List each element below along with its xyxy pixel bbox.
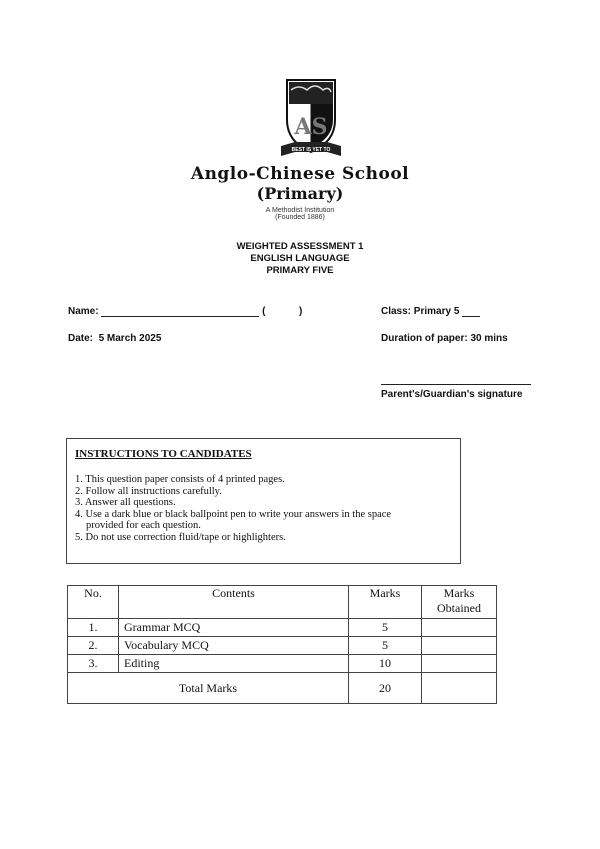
class-label: Class: Primary 5 — [381, 306, 459, 317]
class-line[interactable] — [462, 316, 480, 317]
date-field: Date: 5 March 2025 — [68, 333, 161, 344]
assessment-subject: ENGLISH LANGUAGE — [0, 253, 600, 265]
header-marks-obtained: Marks Obtained — [422, 586, 497, 619]
instruction-item: provided for each question. — [75, 520, 391, 532]
table-header-row: No. Contents Marks Marks Obtained — [68, 586, 497, 619]
school-name-primary: (Primary) — [0, 184, 600, 203]
duration-text: Duration of paper: 30 mins — [381, 333, 508, 344]
founded-text: (Founded 1886) — [0, 214, 600, 221]
row-marks: 5 — [349, 637, 422, 655]
index-paren-open: ( — [262, 306, 265, 317]
instructions-title: INSTRUCTIONS TO CANDIDATES — [75, 448, 252, 460]
header-marks: Marks — [349, 586, 422, 619]
class-field[interactable]: Class: Primary 5 — [381, 306, 480, 317]
table-row: 1. Grammar MCQ 5 — [68, 619, 497, 637]
total-row: Total Marks 20 — [68, 673, 497, 704]
name-line[interactable] — [101, 316, 259, 317]
row-no: 2. — [68, 637, 119, 655]
instructions-box: INSTRUCTIONS TO CANDIDATES 1. This quest… — [66, 438, 461, 564]
header-no: No. — [68, 586, 119, 619]
assessment-level: PRIMARY FIVE — [0, 265, 600, 277]
assessment-title: WEIGHTED ASSESSMENT 1 — [0, 241, 600, 253]
marks-table: No. Contents Marks Marks Obtained 1. Gra… — [67, 585, 497, 704]
instruction-item: 3. Answer all questions. — [75, 497, 391, 509]
row-marks-obtained[interactable] — [422, 655, 497, 673]
instruction-item: 4. Use a dark blue or black ballpoint pe… — [75, 509, 391, 521]
index-paren-close: ) — [299, 306, 302, 317]
row-contents: Vocabulary MCQ — [119, 637, 349, 655]
name-field[interactable]: Name: ( ) — [68, 306, 302, 317]
row-marks: 5 — [349, 619, 422, 637]
school-crest-logo: AS BEST IS YET TO — [281, 76, 341, 166]
school-subtitle: A Methodist Institution — [0, 207, 600, 214]
header-contents: Contents — [119, 586, 349, 619]
row-marks-obtained[interactable] — [422, 637, 497, 655]
row-no: 3. — [68, 655, 119, 673]
row-contents: Grammar MCQ — [119, 619, 349, 637]
row-no: 1. — [68, 619, 119, 637]
total-label: Total Marks — [68, 673, 349, 704]
school-name: Anglo-Chinese School — [0, 164, 600, 184]
total-obtained[interactable] — [422, 673, 497, 704]
row-marks-obtained[interactable] — [422, 619, 497, 637]
instruction-item: 2. Follow all instructions carefully. — [75, 486, 391, 498]
signature-line[interactable] — [381, 384, 531, 385]
date-label: Date: — [68, 333, 93, 344]
instructions-list: 1. This question paper consists of 4 pri… — [75, 474, 391, 543]
signature-label: Parent's/Guardian's signature — [381, 389, 522, 400]
total-marks: 20 — [349, 673, 422, 704]
date-value: 5 March 2025 — [99, 333, 162, 344]
row-marks: 10 — [349, 655, 422, 673]
table-row: 3. Editing 10 — [68, 655, 497, 673]
svg-text:BEST IS YET TO: BEST IS YET TO — [292, 147, 331, 153]
instruction-item: 5. Do not use correction fluid/tape or h… — [75, 532, 391, 544]
instruction-item: 1. This question paper consists of 4 pri… — [75, 474, 391, 486]
name-label: Name: — [68, 306, 99, 317]
svg-text:AS: AS — [294, 114, 328, 140]
table-row: 2. Vocabulary MCQ 5 — [68, 637, 497, 655]
row-contents: Editing — [119, 655, 349, 673]
